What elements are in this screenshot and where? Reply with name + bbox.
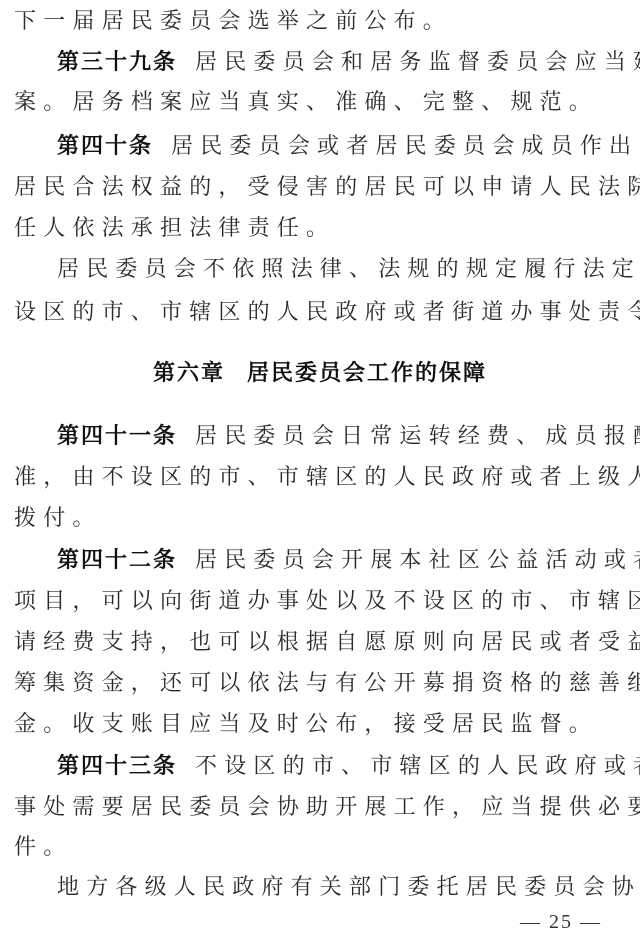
line-text: 金。收支账目应当及时公布，接受居民监督。 bbox=[14, 712, 598, 737]
article-39-line: 第三十九条居民委员会和居务监督委员会应当建立居务档 bbox=[57, 48, 640, 78]
page-number: — 25 — bbox=[520, 908, 602, 936]
article-number: 第四十一条 bbox=[57, 424, 177, 449]
line-text: 任人依法承担法律责任。 bbox=[14, 216, 335, 241]
text-line: 筹集资金，还可以依法与有公开募捐资格的慈善组织合作募集资 bbox=[14, 669, 626, 699]
text-line: 金。收支账目应当及时公布，接受居民监督。 bbox=[14, 710, 626, 740]
article-number: 第四十二条 bbox=[57, 548, 177, 573]
text-line: 案。居务档案应当真实、准确、完整、规范。 bbox=[14, 88, 626, 118]
article-number: 第四十三条 bbox=[57, 754, 177, 779]
line-text: 准，由不设区的市、市辖区的人民政府或者上级人民政府规定并 bbox=[14, 465, 640, 490]
document-page: 下一届居民委员会选举之前公布。 第三十九条居民委员会和居务监督委员会应当建立居务… bbox=[0, 0, 640, 947]
text-line: 下一届居民委员会选举之前公布。 bbox=[14, 7, 626, 37]
text-line: 设区的市、市辖区的人民政府或者街道办事处责令改正。 bbox=[14, 298, 626, 328]
line-text: 居民委员会日常运转经费、成员报酬及其标 bbox=[195, 424, 640, 449]
line-text: 项目，可以向街道办事处以及不设区的市、市辖区的人民政府申 bbox=[14, 589, 640, 614]
chapter-title: 居民委员会工作的保障 bbox=[247, 361, 487, 386]
line-text: 筹集资金，还可以依法与有公开募捐资格的慈善组织合作募集资 bbox=[14, 671, 640, 696]
line-text: 居民委员会开展本社区公益活动或者社区服务 bbox=[195, 548, 640, 573]
text-line: 居民合法权益的，受侵害的居民可以申请人民法院予以撤销，责 bbox=[14, 173, 626, 203]
line-text: 居民委员会和居务监督委员会应当建立居务档 bbox=[195, 50, 640, 75]
line-text: 地方各级人民政府有关部门委托居民委员会协助开展工作的 bbox=[57, 875, 640, 900]
line-text: 下一届居民委员会选举之前公布。 bbox=[14, 9, 452, 34]
line-text: 请经费支持，也可以根据自愿原则向居民或者受益的驻社区单位 bbox=[14, 630, 640, 655]
paragraph-start-line: 居民委员会不依照法律、法规的规定履行法定义务的，由不 bbox=[57, 255, 640, 285]
article-number: 第三十九条 bbox=[57, 50, 177, 75]
paragraph-start-line: 地方各级人民政府有关部门委托居民委员会协助开展工作的 bbox=[57, 873, 640, 903]
line-text: 事处需要居民委员会协助开展工作，应当提供必要的经费和条 bbox=[14, 795, 640, 820]
line-text: 居民委员会不依照法律、法规的规定履行法定义务的，由不 bbox=[57, 257, 640, 282]
line-text: 居民委员会或者居民委员会成员作出的决定侵害 bbox=[171, 134, 640, 159]
text-line: 件。 bbox=[14, 833, 626, 863]
line-text: 件。 bbox=[14, 835, 72, 860]
text-line: 请经费支持，也可以根据自愿原则向居民或者受益的驻社区单位 bbox=[14, 628, 626, 658]
text-line: 事处需要居民委员会协助开展工作，应当提供必要的经费和条 bbox=[14, 793, 626, 823]
line-text: 案。居务档案应当真实、准确、完整、规范。 bbox=[14, 90, 598, 115]
line-text: 居民合法权益的，受侵害的居民可以申请人民法院予以撤销，责 bbox=[14, 175, 640, 200]
text-line: 项目，可以向街道办事处以及不设区的市、市辖区的人民政府申 bbox=[14, 587, 626, 617]
article-40-line: 第四十条居民委员会或者居民委员会成员作出的决定侵害 bbox=[57, 132, 640, 162]
text-line: 拨付。 bbox=[14, 504, 626, 534]
article-41-line: 第四十一条居民委员会日常运转经费、成员报酬及其标 bbox=[57, 422, 640, 452]
line-text: 不设区的市、市辖区的人民政府或者街道办 bbox=[195, 754, 640, 779]
text-line: 准，由不设区的市、市辖区的人民政府或者上级人民政府规定并 bbox=[14, 463, 626, 493]
article-43-line: 第四十三条不设区的市、市辖区的人民政府或者街道办 bbox=[57, 752, 640, 782]
line-text: 设区的市、市辖区的人民政府或者街道办事处责令改正。 bbox=[14, 300, 640, 325]
chapter-number: 第六章 bbox=[153, 361, 225, 386]
chapter-heading: 第六章居民委员会工作的保障 bbox=[0, 359, 640, 389]
article-number: 第四十条 bbox=[57, 134, 153, 159]
text-line: 任人依法承担法律责任。 bbox=[14, 214, 626, 244]
line-text: 拨付。 bbox=[14, 506, 102, 531]
article-42-line: 第四十二条居民委员会开展本社区公益活动或者社区服务 bbox=[57, 546, 640, 576]
